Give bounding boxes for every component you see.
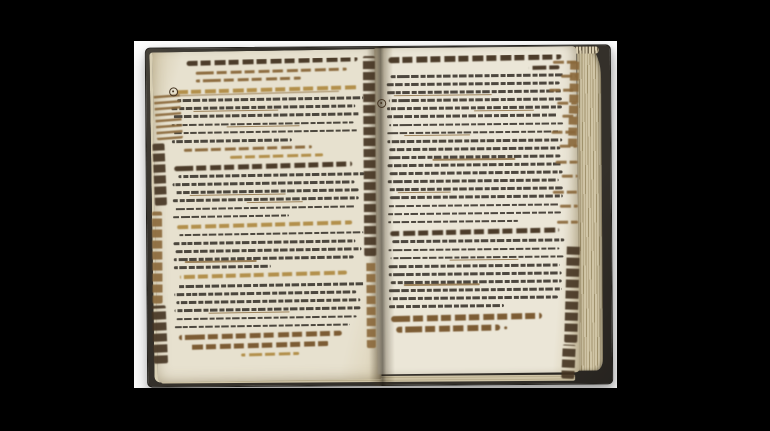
margin-annotation-stub xyxy=(551,131,577,134)
margin-annotation-stub xyxy=(553,61,577,64)
marginalia-strip xyxy=(561,344,576,379)
circled-annotation-mark xyxy=(169,87,178,96)
photograph-stage xyxy=(0,0,770,431)
margin-annotation-stub xyxy=(557,102,577,105)
marginalia-strip xyxy=(152,143,167,205)
margin-annotation-stub xyxy=(561,75,577,78)
margin-annotation-stub xyxy=(556,161,578,164)
margin-annotation-stub xyxy=(557,221,578,224)
marginalia-strip xyxy=(152,305,168,364)
marginalia-strip xyxy=(564,244,580,342)
margin-annotation-stub xyxy=(562,115,577,118)
margin-annotation-stub xyxy=(562,175,578,178)
book-photograph xyxy=(134,41,617,388)
margin-annotation-stub xyxy=(549,89,577,92)
marginalia-strip xyxy=(363,56,376,256)
circled-annotation-mark xyxy=(377,99,386,108)
marginalia-strip xyxy=(152,212,163,304)
margin-annotation-stub xyxy=(560,145,578,148)
marginalia-layer xyxy=(145,44,613,387)
marginalia-strip xyxy=(366,260,376,348)
book xyxy=(145,44,613,387)
marginalia-strip xyxy=(154,93,183,141)
margin-annotation-stub xyxy=(560,205,578,208)
margin-annotation-stub xyxy=(553,191,578,194)
